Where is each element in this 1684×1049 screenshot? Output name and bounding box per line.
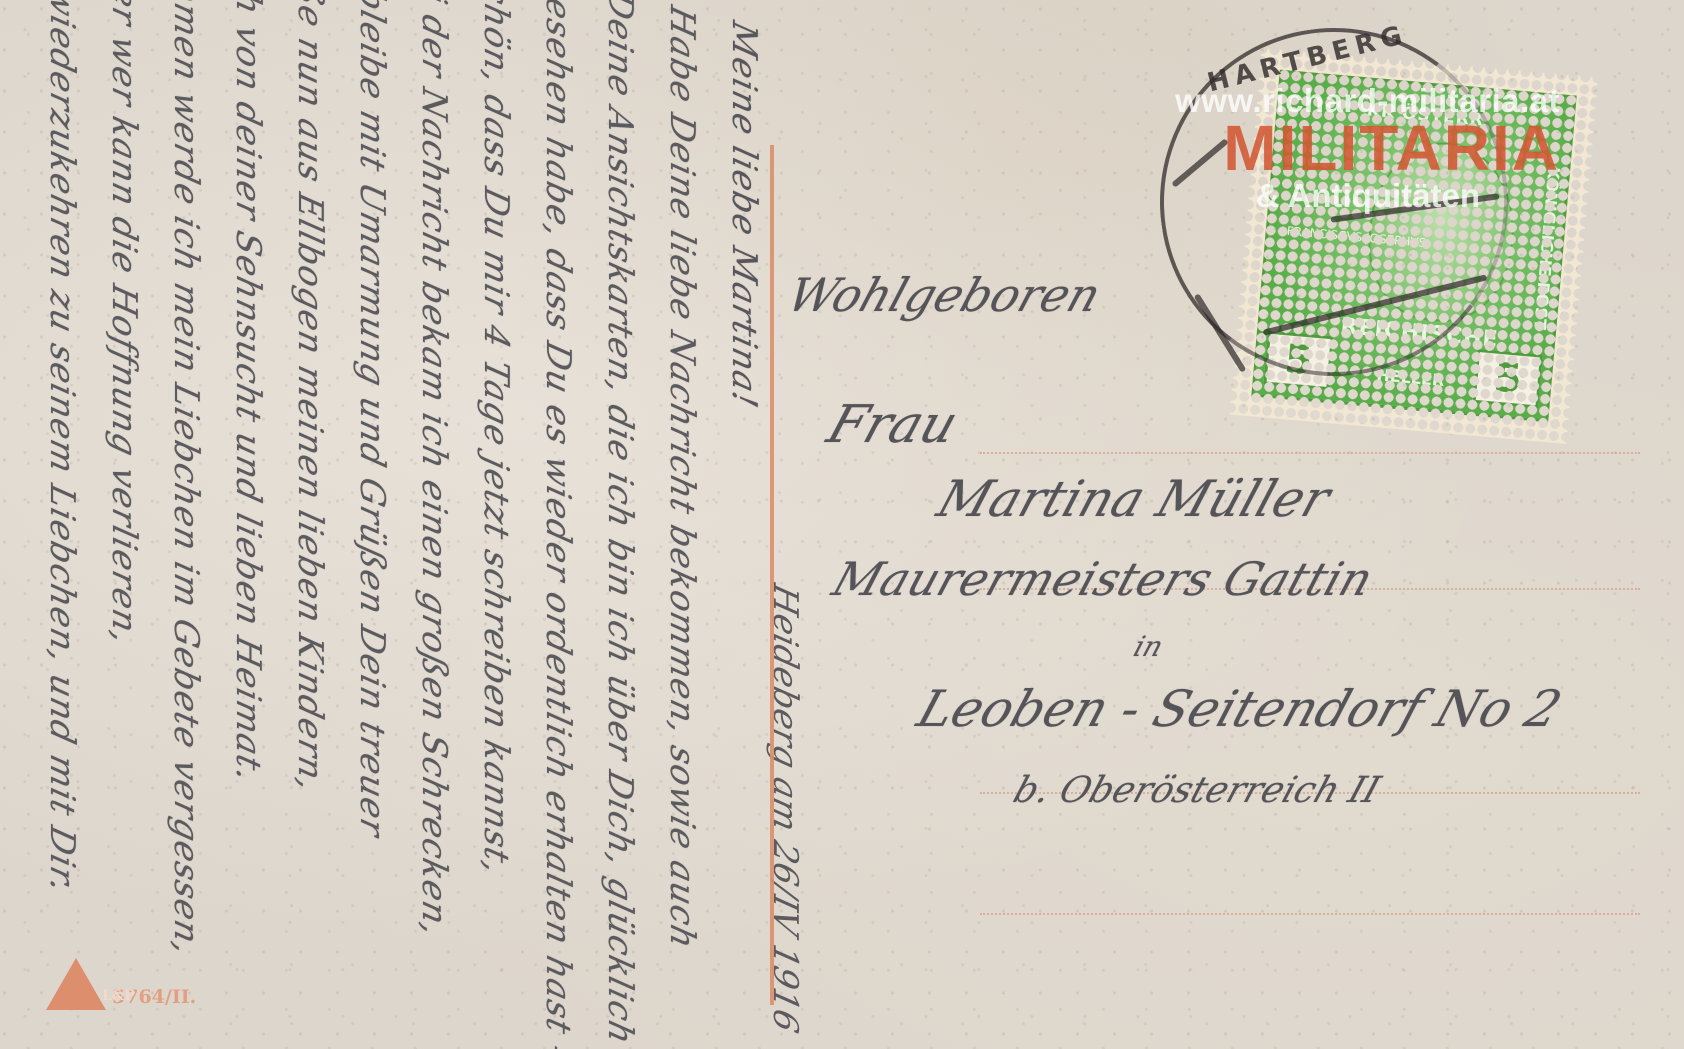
triangle-logo-icon [46, 958, 106, 1010]
stamp-value-right: 5 [1473, 349, 1543, 409]
address-place: Leoben - Seitendorf No 2 [911, 680, 1569, 738]
address-salutation: Wohlgeboren [781, 268, 1107, 322]
message-area: Meine liebe Martina! Habe Deine liebe Na… [0, 0, 770, 1049]
postcard-reverse: Meine liebe Martina! Habe Deine liebe Na… [0, 0, 1684, 1049]
address-region: b. Oberösterreich II [1008, 770, 1385, 811]
stamp-side-text: KÖNIGLICHE POST [1530, 166, 1563, 330]
address-rule [980, 452, 1640, 454]
address-name: Martina Müller [931, 470, 1338, 528]
message-line: wie oder wer kann die Hoffnung verlieren… [93, 0, 155, 885]
message-line: Schön, dass Du mir 4 Tage jetzt schreibe… [465, 0, 527, 978]
address-occupation: Maurermeisters Gattin [826, 552, 1379, 606]
address-title: Frau [820, 395, 965, 455]
publisher-logo-text: L&P [102, 988, 135, 1004]
message-line: Habe Deine liebe Nachricht bekommen, sow… [651, 0, 713, 1025]
publisher-mark: L&P 5764/II. [46, 958, 196, 1010]
message-line: einmal wiederzukehren zu seinem Liebchen… [31, 0, 93, 870]
message-line: gesehen habe, dass Du es wieder ordentli… [527, 0, 589, 994]
address-rule [980, 913, 1640, 915]
center-divider [770, 145, 774, 1005]
message-line: Gleich von deiner Sehnsucht und lieben H… [217, 0, 279, 916]
message-line: Zusammen werde ich mein Liebchen im Gebe… [155, 0, 217, 901]
message-line: verbleibe mit Umarmung und Grüßen Dein t… [341, 0, 403, 947]
message-line: Grüße nun aus Ellbogen meinen lieben Kin… [279, 0, 341, 932]
message-line: Bei der Nachricht bekam ich einen großen… [403, 0, 465, 963]
message-line: Meine liebe Martina! [713, 15, 770, 1040]
message-line: Deine Ansichtskarten, die ich bin ich üb… [589, 0, 651, 1009]
stamp-currency: HELLER [1376, 365, 1445, 390]
handwritten-message: Meine liebe Martina! Habe Deine liebe Na… [31, 0, 770, 1040]
address-preposition: in [1130, 630, 1168, 663]
